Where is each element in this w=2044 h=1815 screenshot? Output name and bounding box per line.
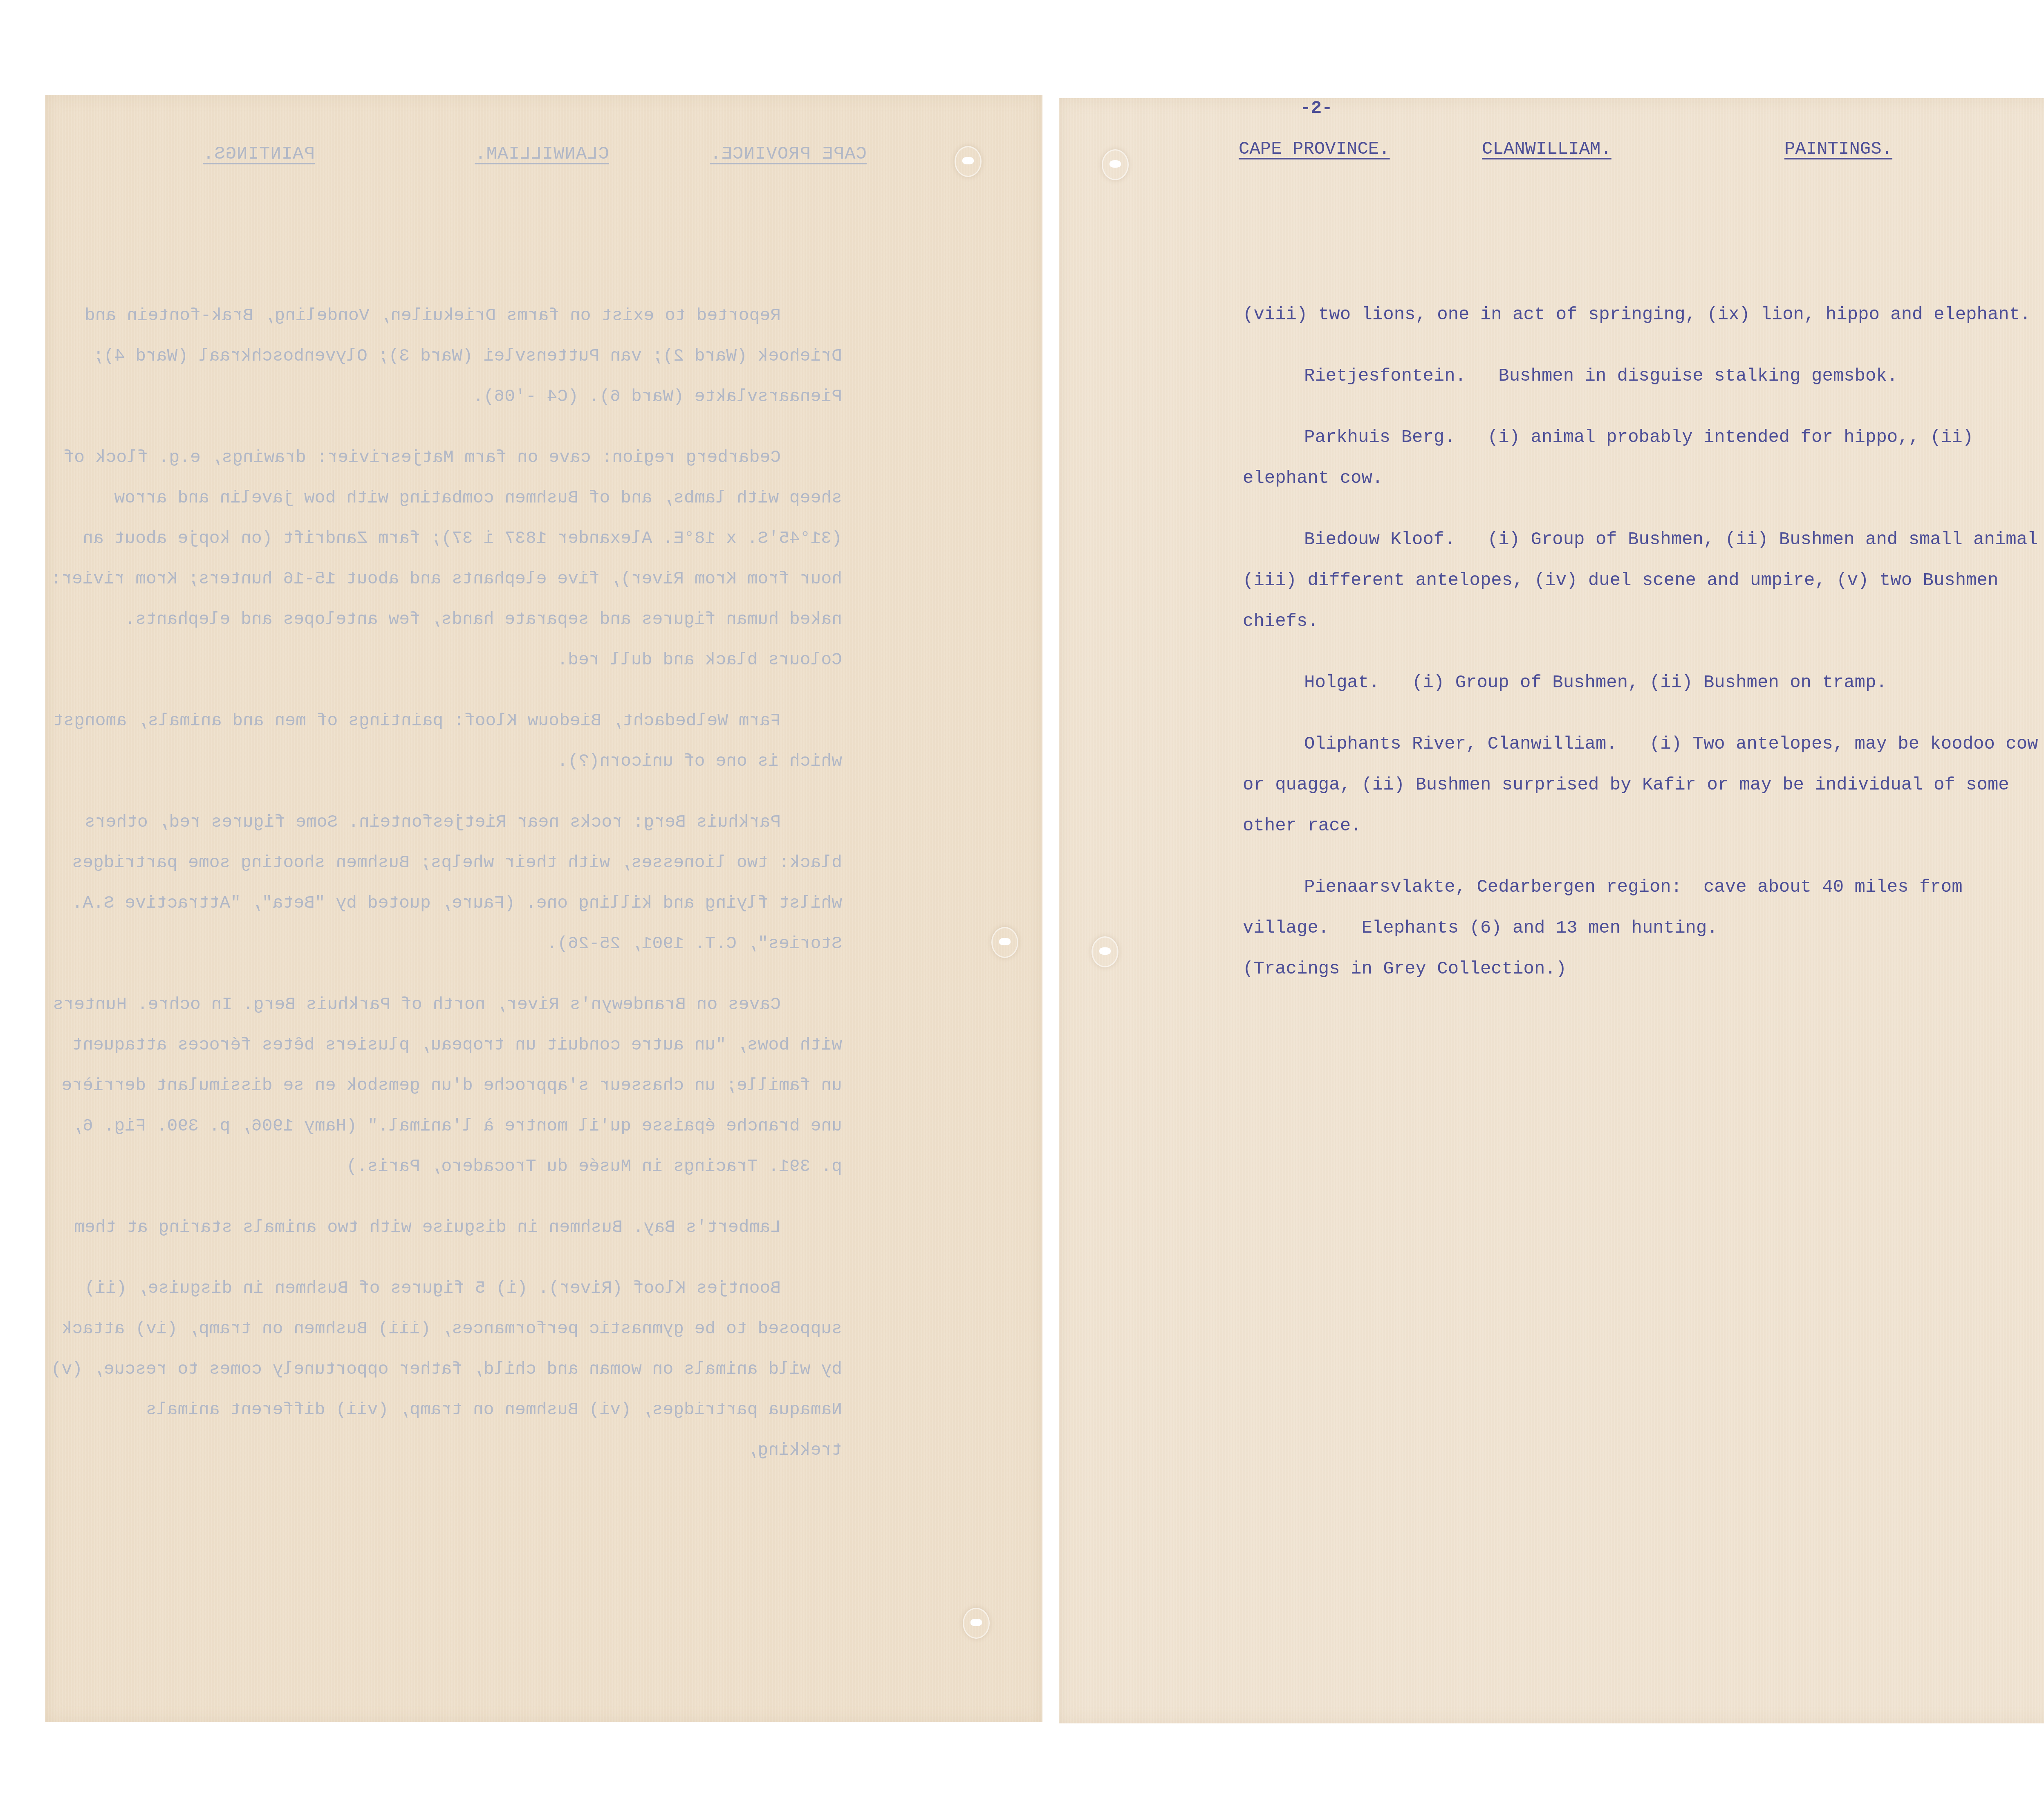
page-number: -2- [1059,98,1574,119]
page-body: (viii) two lions, one in act of springin… [1243,294,2044,1010]
ghost-paragraph: Lambert's Bay. Bushmen in disguise with … [41,1207,842,1247]
ghost-paragraph: Cedarberg region: cave on farm Matjesriv… [41,437,842,680]
ghost-header-category: PAINTINGS. [203,144,315,164]
header-province: CAPE PROVINCE. [1239,139,1390,159]
ghost-paragraph: Farm Welbedacht, Biedouw Kloof: painting… [41,700,842,781]
reverse-page: CAPE PROVINCE. CLANWILLIAM. PAINTINGS. R… [45,95,1042,1722]
paragraph: (Tracings in Grey Collection.) [1243,949,2044,989]
ghost-paragraph: Parkhuis Berg: rocks near Rietjesfontein… [41,802,842,964]
paragraph: Biedouw Kloof. (i) Group of Bushmen, (ii… [1243,519,2044,642]
ghost-header-province: CAPE PROVINCE. [710,144,867,164]
paragraph: Oliphants River, Clanwilliam. (i) Two an… [1243,724,2044,846]
punch-hole-mark [1091,936,1118,967]
paragraph: Holgat. (i) Group of Bushmen, (ii) Bushm… [1243,662,2044,703]
show-through-text: CAPE PROVINCE. CLANWILLIAM. PAINTINGS. R… [45,95,1042,1722]
typed-page: -2- CAPE PROVINCE. CLANWILLIAM. PAINTING… [1059,98,2044,1723]
punch-hole-mark [1102,149,1129,180]
header-category: PAINTINGS. [1784,139,1892,159]
ghost-paragraph: Boontjes Kloof (River). (i) 5 figures of… [41,1268,842,1470]
ghost-paragraph: Caves on Brandewyn's River, north of Par… [41,984,842,1187]
paragraph: (viii) two lions, one in act of springin… [1243,294,2044,335]
ghost-body: Reported to exist on farms Driekuilen, V… [41,295,842,1491]
paragraph: Pienaarsvlakte, Cedarbergen region: cave… [1243,867,2044,949]
ghost-paragraph: Reported to exist on farms Driekuilen, V… [41,295,842,417]
header-district: CLANWILLIAM. [1482,139,1611,159]
paragraph: Rietjesfontein. Bushmen in disguise stal… [1243,356,2044,397]
ghost-header-district: CLANWILLIAM. [475,144,609,164]
paragraph: Parkhuis Berg. (i) animal probably inten… [1243,417,2044,499]
